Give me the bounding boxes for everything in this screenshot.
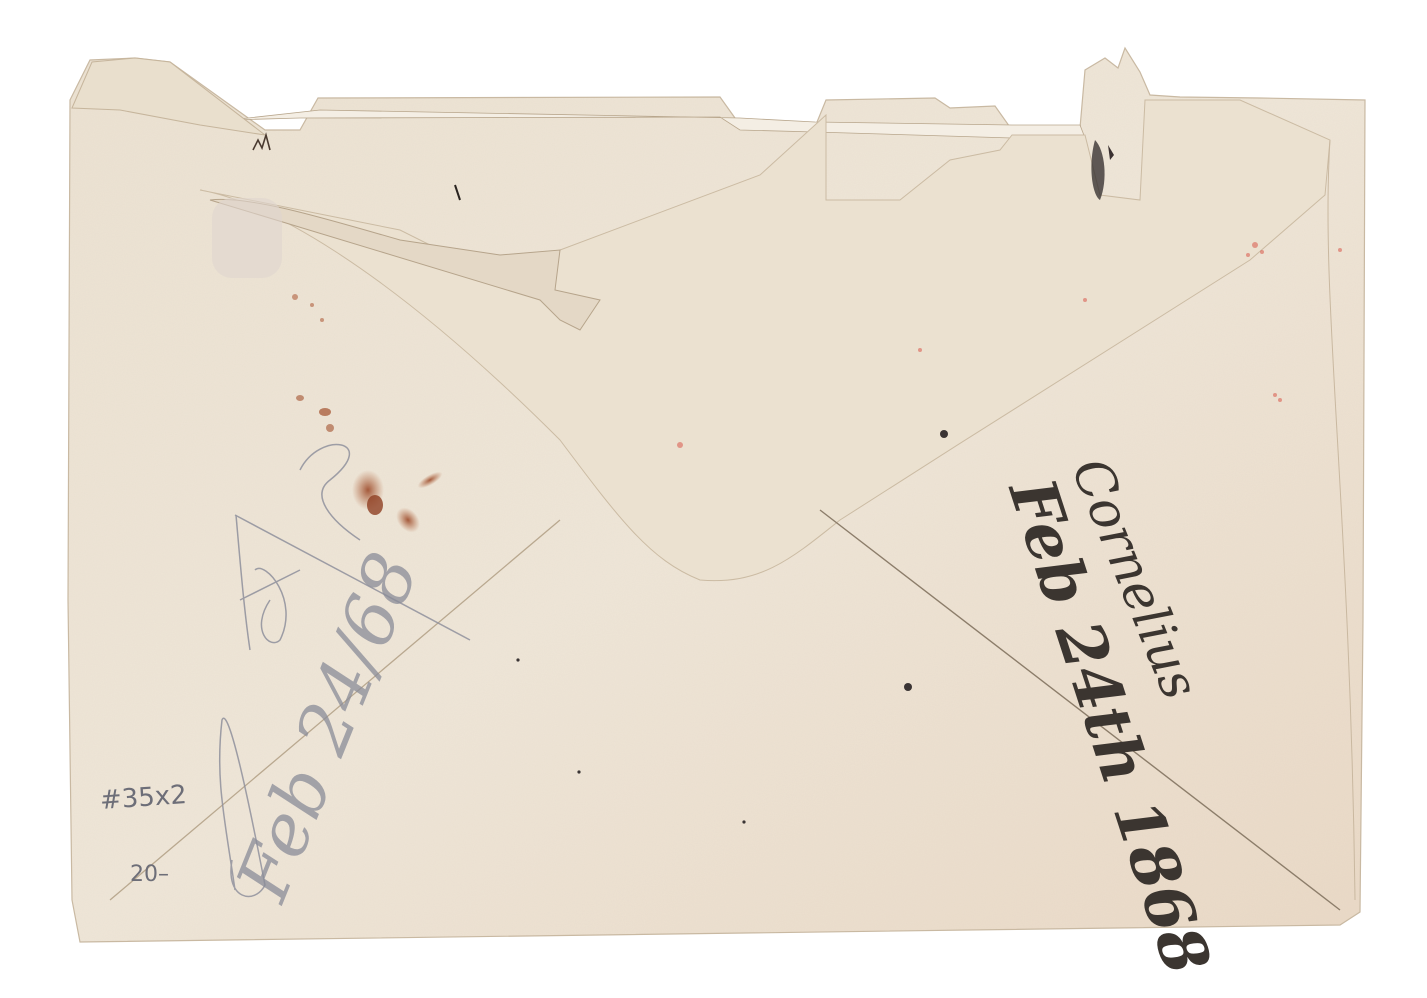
price-note: 20– bbox=[130, 862, 169, 887]
catalog-number: #35x2 bbox=[99, 780, 188, 816]
envelope-scan bbox=[0, 0, 1427, 998]
